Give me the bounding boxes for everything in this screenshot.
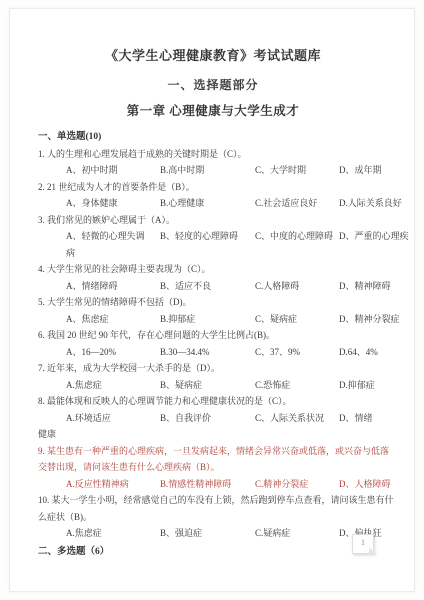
page-number: 1 — [353, 535, 373, 551]
answer-option: D、成年期 — [339, 162, 388, 179]
answer-option: C、人际关系状况 — [255, 410, 339, 427]
section-part-title: 一、选择题部分 — [38, 76, 388, 93]
question-options-row: A、轻微的心理失调B、轻度的心理障碍C、中度的心理障碍D、严重的心理疾 — [38, 228, 388, 245]
option-wrap-line: 病 — [38, 245, 388, 262]
answer-option: A.焦虑症 — [66, 525, 160, 542]
answer-option: B、轻度的心理障碍 — [160, 228, 255, 245]
answer-option: D.抑郁症 — [339, 377, 388, 394]
answer-option: A、情绪障碍 — [66, 278, 160, 295]
question-options-row: A、焦虑症B.抑郁症C、疑病症D、精神分裂症 — [38, 311, 388, 328]
multi-choice-heading: 二、多选题（6） — [38, 544, 388, 561]
question-stem-line: 4. 大学生常见的社会障碍主要表现为（C）。 — [38, 261, 388, 278]
answer-option: B、自我评价 — [160, 410, 255, 427]
page-number-badge: 1 — [352, 534, 374, 554]
answer-option: C、中度的心理障碍 — [255, 228, 339, 245]
answer-option: B.情感性精神障碍 — [160, 476, 255, 493]
question-options-row: A、身体健康B.心理健康C.社会适应良好D.人际关系良好 — [38, 195, 388, 212]
question-stem-line: 1. 人的生理和心理发展趋于成熟的关键时期是（C）。 — [38, 146, 388, 163]
question: 9. 某生患有一种严重的心理疾病，一旦发病起来，情绪会异常兴奋或低落，或兴奋与低… — [38, 443, 388, 493]
question-options-row: A.环境适应B、自我评价C、人际关系状况D、情绪 — [38, 410, 388, 427]
answer-option: A、初中时期 — [66, 162, 160, 179]
answer-option: C.人格障碍 — [255, 278, 339, 295]
question-options-row: A.焦虑症B、强迫症C.疑病症D、偏执狂 — [38, 525, 388, 542]
question: 8. 最能体现和反映人的心理调节能力和心理健康状况的是（C）。A.环境适应B、自… — [38, 393, 388, 443]
question-options-row: A、16—20%B.30—34.4%C、37、9%D.64、4% — [38, 344, 388, 361]
page-content: 《大学生心理健康教育》考试试题库 一、选择题部分 第一章 心理健康与大学生成才 … — [10, 9, 414, 560]
answer-option: A.反应性精神病 — [66, 476, 160, 493]
question-stem-line: 么症状（B)。 — [38, 509, 388, 526]
answer-option: C、疑病症 — [255, 311, 339, 328]
question-list: 1. 人的生理和心理发展趋于成熟的关键时期是（C）。A、初中时期B.高中时期C、… — [38, 146, 388, 542]
question-options-row: A.焦虑症B、疑病症C.恐怖症D.抑郁症 — [38, 377, 388, 394]
question: 3. 我们常见的嫉妒心理属于（A）。A、轻微的心理失调B、轻度的心理障碍C、中度… — [38, 212, 388, 262]
answer-option: B.心理健康 — [160, 195, 255, 212]
answer-option: A、身体健康 — [66, 195, 160, 212]
answer-option: D.人际关系良好 — [339, 195, 402, 212]
answer-option: B、疑病症 — [160, 377, 255, 394]
question-options-row: A、情绪障碍B、适应不良C.人格障碍D、精神障碍 — [38, 278, 388, 295]
question-options-row: A.反应性精神病B.情感性精神障碍C.精神分裂症D、人格障碍 — [38, 476, 388, 493]
question: 7. 近年来，成为大学校园一大杀手的是（D）。A.焦虑症B、疑病症C.恐怖症D.… — [38, 360, 388, 393]
document-title: 《大学生心理健康教育》考试试题库 — [38, 45, 388, 64]
answer-option: C.精神分裂症 — [255, 476, 339, 493]
answer-option: A、16—20% — [66, 344, 160, 361]
answer-option: C.社会适应良好 — [255, 195, 339, 212]
question-stem-line: 交替出现，请问该生患有什么心理疾病（B）。 — [38, 459, 388, 476]
option-wrap-line: 健康 — [38, 426, 388, 443]
question-options-row: A、初中时期B.高中时期C、大学时期D、成年期 — [38, 162, 388, 179]
question: 2. 21 世纪成为人才的首要条件是（B）。A、身体健康B.心理健康C.社会适应… — [38, 179, 388, 212]
question: 1. 人的生理和心理发展趋于成熟的关键时期是（C）。A、初中时期B.高中时期C、… — [38, 146, 388, 179]
answer-option: D.64、4% — [339, 344, 388, 361]
answer-option: B、强迫症 — [160, 525, 255, 542]
question-stem-line: 7. 近年来，成为大学校园一大杀手的是（D）。 — [38, 360, 388, 377]
answer-option: C、大学时期 — [255, 162, 339, 179]
answer-option: D、人格障碍 — [339, 476, 391, 493]
answer-option: A.焦虑症 — [66, 377, 160, 394]
question: 10. 某大一学生小明，经常感觉自己的车没有上锁，然后跑到停车点查看，请问该生患… — [38, 492, 388, 542]
answer-option: A.环境适应 — [66, 410, 160, 427]
answer-option: B.30—34.4% — [160, 344, 255, 361]
question-stem-line: 2. 21 世纪成为人才的首要条件是（B）。 — [38, 179, 388, 196]
chapter-title: 第一章 心理健康与大学生成才 — [38, 101, 388, 119]
question-stem-line: 9. 某生患有一种严重的心理疾病，一旦发病起来，情绪会异常兴奋或低落，或兴奋与低… — [38, 443, 388, 460]
question-stem-line: 5. 大学生常见的情绪障碍不包括（D)。 — [38, 294, 388, 311]
question-stem-line: 10. 某大一学生小明，经常感觉自己的车没有上锁，然后跑到停车点查看，请问该生患… — [38, 492, 388, 509]
answer-option: A、轻微的心理失调 — [66, 228, 160, 245]
question: 4. 大学生常见的社会障碍主要表现为（C）。A、情绪障碍B、适应不良C.人格障碍… — [38, 261, 388, 294]
document-page: 《大学生心理健康教育》考试试题库 一、选择题部分 第一章 心理健康与大学生成才 … — [9, 8, 415, 592]
answer-option: D、精神障碍 — [339, 278, 391, 295]
answer-option: B.抑郁症 — [160, 311, 255, 328]
answer-option: C.恐怖症 — [255, 377, 339, 394]
answer-option: B、适应不良 — [160, 278, 255, 295]
document-canvas: 《大学生心理健康教育》考试试题库 一、选择题部分 第一章 心理健康与大学生成才 … — [0, 0, 424, 600]
answer-option: D、情绪 — [339, 410, 388, 427]
question: 6. 我国 20 世纪 90 年代，存在心理问题的大学生比例占(B)。A、16—… — [38, 327, 388, 360]
answer-option: D、严重的心理疾 — [339, 228, 409, 245]
answer-option: B.高中时期 — [160, 162, 255, 179]
answer-option: C、37、9% — [255, 344, 339, 361]
question-stem-line: 8. 最能体现和反映人的心理调节能力和心理健康状况的是（C）。 — [38, 393, 388, 410]
question: 5. 大学生常见的情绪障碍不包括（D)。A、焦虑症B.抑郁症C、疑病症D、精神分… — [38, 294, 388, 327]
answer-option: D、精神分裂症 — [339, 311, 400, 328]
question-stem-line: 3. 我们常见的嫉妒心理属于（A）。 — [38, 212, 388, 229]
single-choice-heading: 一、单选题(10) — [38, 129, 388, 146]
answer-option: C.疑病症 — [255, 525, 339, 542]
answer-option: A、焦虑症 — [66, 311, 160, 328]
question-stem-line: 6. 我国 20 世纪 90 年代，存在心理问题的大学生比例占(B)。 — [38, 327, 388, 344]
